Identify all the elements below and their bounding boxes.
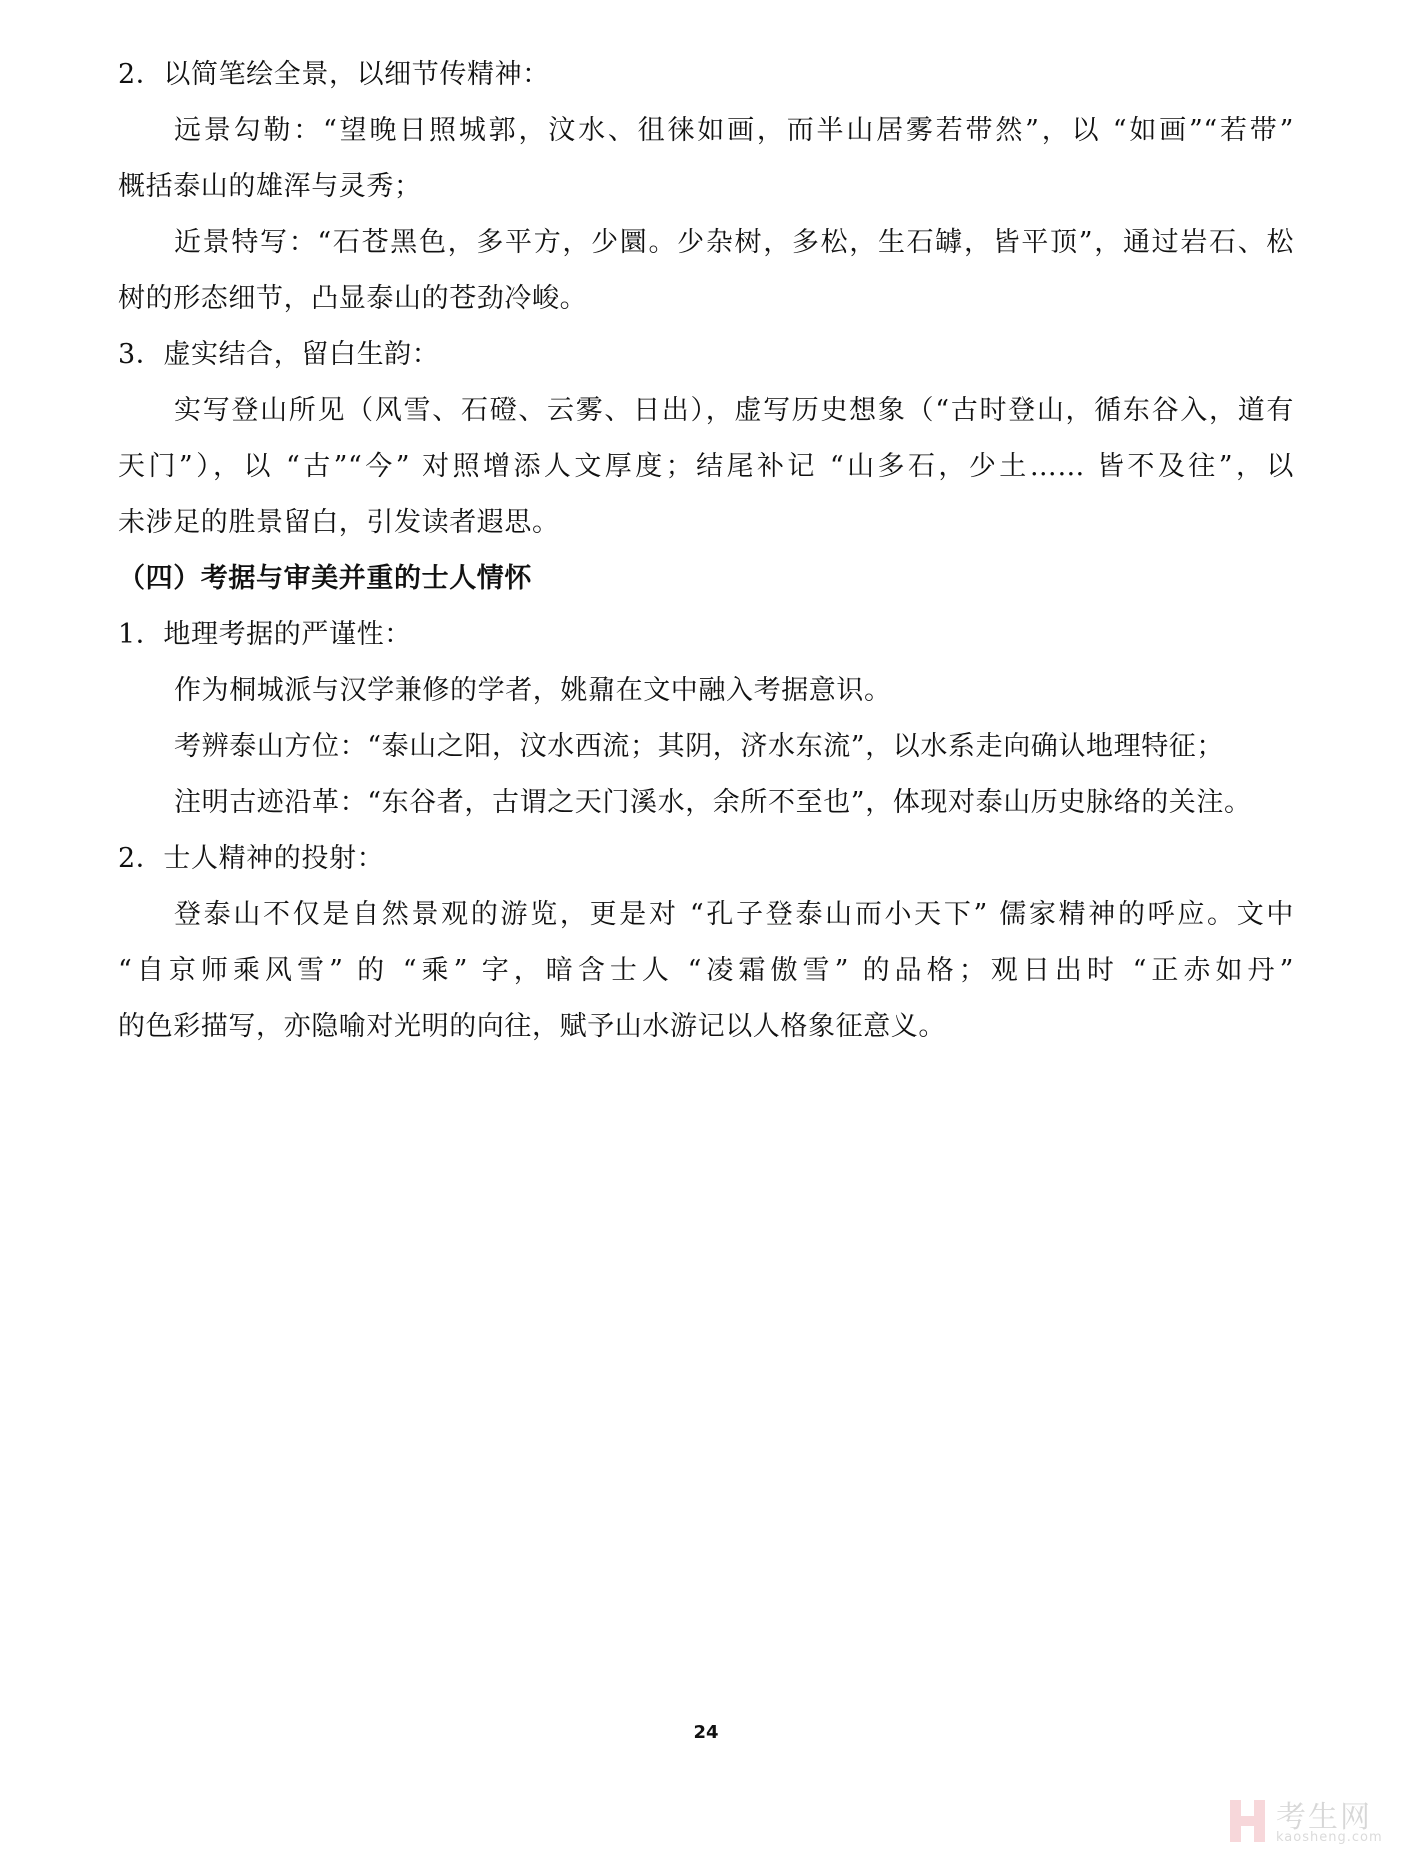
- document-page: 2．以简笔绘全景，以细节传精神： 远景勾勒：“望晚日照城郭，汶水、徂徕如画，而半…: [0, 0, 1412, 1862]
- list-item-heading: 2．以简笔绘全景，以细节传精神：: [118, 47, 1294, 103]
- list-item-heading: 1．地理考据的严谨性：: [118, 607, 1294, 663]
- paragraph-line: 远景勾勒：“望晚日照城郭，汶水、徂徕如画，而半山居雾若带然”，以 “如画”“若带…: [118, 103, 1294, 159]
- list-item-heading: 2．士人精神的投射：: [118, 831, 1294, 887]
- paragraph-line: 未涉足的胜景留白，引发读者遐思。: [118, 495, 1294, 551]
- paragraph-line: 树的形态细节，凸显泰山的苍劲冷峻。: [118, 271, 1294, 327]
- paragraph-line: 概括泰山的雄浑与灵秀；: [118, 159, 1294, 215]
- paragraph-line: 考辨泰山方位：“泰山之阳，汶水西流；其阴，济水东流”，以水系走向确认地理特征；: [118, 719, 1294, 775]
- paragraph-line: 近景特写：“石苍黑色，多平方，少圜。少杂树，多松，生石罅，皆平顶”，通过岩石、松: [118, 215, 1294, 271]
- kaosheng-logo-icon: [1228, 1796, 1268, 1846]
- paragraph-line: 实写登山所见（风雪、石磴、云雾、日出），虚写历史想象（“古时登山，循东谷入，道有: [118, 383, 1294, 439]
- paragraph-line: 登泰山不仅是自然景观的游览，更是对 “孔子登泰山而小天下” 儒家精神的呼应。文中: [118, 887, 1294, 943]
- list-item-heading: 3．虚实结合，留白生韵：: [118, 327, 1294, 383]
- section-heading: （四）考据与审美并重的士人情怀: [118, 551, 1294, 607]
- paragraph-line: 作为桐城派与汉学兼修的学者，姚鼐在文中融入考据意识。: [118, 663, 1294, 719]
- document-body: 2．以简笔绘全景，以细节传精神： 远景勾勒：“望晚日照城郭，汶水、徂徕如画，而半…: [118, 47, 1294, 1055]
- paragraph-line: 的色彩描写，亦隐喻对光明的向往，赋予山水游记以人格象征意义。: [118, 999, 1294, 1055]
- paragraph-line: “自京师乘风雪” 的 “乘” 字，暗含士人 “凌霜傲雪” 的品格；观日出时 “正…: [118, 943, 1294, 999]
- watermark-subtitle: kaosheng.com: [1276, 1830, 1383, 1845]
- paragraph-line: 天门”），以 “古”“今” 对照增添人文厚度；结尾补记 “山多石，少土…… 皆不…: [118, 439, 1294, 495]
- watermark: 考生网 kaosheng.com: [1228, 1796, 1398, 1848]
- paragraph-line: 注明古迹沿革：“东谷者，古谓之天门溪水，余所不至也”，体现对泰山历史脉络的关注。: [118, 775, 1294, 831]
- page-number: 24: [0, 1722, 1412, 1743]
